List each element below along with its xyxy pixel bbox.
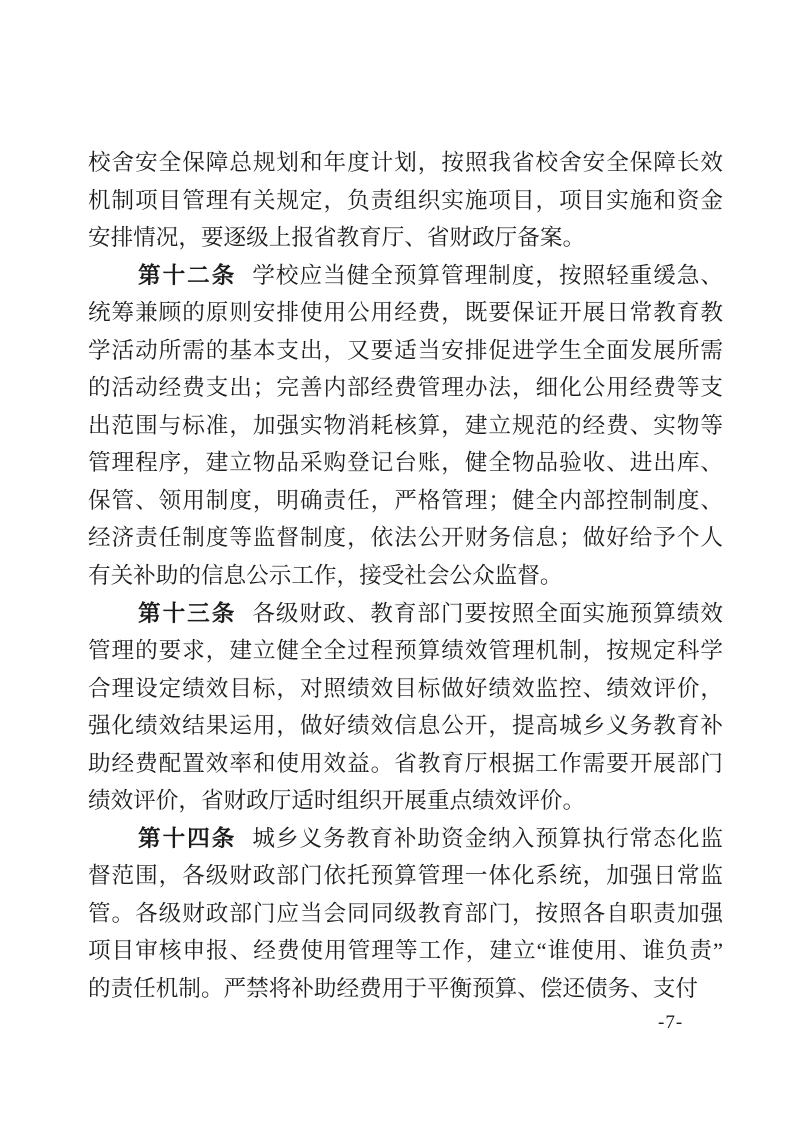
text-line: 强化绩效结果运用，做好绩效信息公开，提高城乡义务教育补 [88,707,723,745]
article-lead-text: 学校应当健全预算管理制度，按照轻重缓急、 [252,263,723,288]
text-line: 管。各级财政部门应当会同同级教育部门，按照各自职责加强 [88,895,723,933]
text-line: 经济责任制度等监督制度，依法公开财务信息；做好给予个人 [88,519,723,557]
text-line: 校舍安全保障总规划和年度计划，按照我省校舍安全保障长效 [88,144,723,182]
text-line: 机制项目管理有关规定，负责组织实施项目，项目实施和资金 [88,182,723,220]
paragraph-continuation: 校舍安全保障总规划和年度计划，按照我省校舍安全保障长效 机制项目管理有关规定，负… [88,144,723,257]
text-line: 助经费配置效率和使用效益。省教育厅根据工作需要开展部门 [88,745,723,783]
article-number: 第十四条 [138,826,236,851]
text-line: 第十三条各级财政、教育部门要按照全面实施预算绩效 [88,595,723,633]
text-line: 第十四条城乡义务教育补助资金纳入预算执行常态化监 [88,820,723,858]
text-line: 统筹兼顾的原则安排使用公用经费，既要保证开展日常教育教 [88,294,723,332]
paragraph-article-13: 第十三条各级财政、教育部门要按照全面实施预算绩效 管理的要求，建立健全全过程预算… [88,595,723,820]
page-number: -7- [658,1012,683,1034]
text-line: 项目审核申报、经费使用管理等工作，建立“谁使用、谁负责” [88,932,723,970]
document-page: 校舍安全保障总规划和年度计划，按照我省校舍安全保障长效 机制项目管理有关规定，负… [0,0,793,1122]
text-line: 保管、领用制度，明确责任，严格管理；健全内部控制制度、 [88,482,723,520]
article-lead-text: 城乡义务教育补助资金纳入预算执行常态化监 [252,826,723,851]
text-line: 的活动经费支出；完善内部经费管理办法，细化公用经费等支 [88,369,723,407]
paragraph-article-14: 第十四条城乡义务教育补助资金纳入预算执行常态化监 督范围，各级财政部门依托预算管… [88,820,723,1008]
article-lead-text: 各级财政、教育部门要按照全面实施预算绩效 [252,601,723,626]
text-line: 有关补助的信息公示工作，接受社会公众监督。 [88,557,723,595]
paragraph-article-12: 第十二条学校应当健全预算管理制度，按照轻重缓急、 统筹兼顾的原则安排使用公用经费… [88,257,723,595]
text-line: 管理的要求，建立健全全过程预算绩效管理机制，按规定科学 [88,632,723,670]
text-block: 校舍安全保障总规划和年度计划，按照我省校舍安全保障长效 机制项目管理有关规定，负… [88,144,723,1008]
text-line: 第十二条学校应当健全预算管理制度，按照轻重缓急、 [88,257,723,295]
article-number: 第十三条 [138,601,236,626]
text-line: 管理程序，建立物品采购登记台账，健全物品验收、进出库、 [88,444,723,482]
text-line: 绩效评价，省财政厅适时组织开展重点绩效评价。 [88,782,723,820]
article-number: 第十二条 [138,263,236,288]
text-line: 出范围与标准，加强实物消耗核算，建立规范的经费、实物等 [88,407,723,445]
text-line: 合理设定绩效目标，对照绩效目标做好绩效监控、绩效评价， [88,670,723,708]
text-line: 学活动所需的基本支出，又要适当安排促进学生全面发展所需 [88,332,723,370]
text-line: 的责任机制。严禁将补助经费用于平衡预算、偿还债务、支付 [88,970,723,1008]
text-line: 安排情况，要逐级上报省教育厅、省财政厅备案。 [88,219,723,257]
text-line: 督范围，各级财政部门依托预算管理一体化系统，加强日常监 [88,857,723,895]
